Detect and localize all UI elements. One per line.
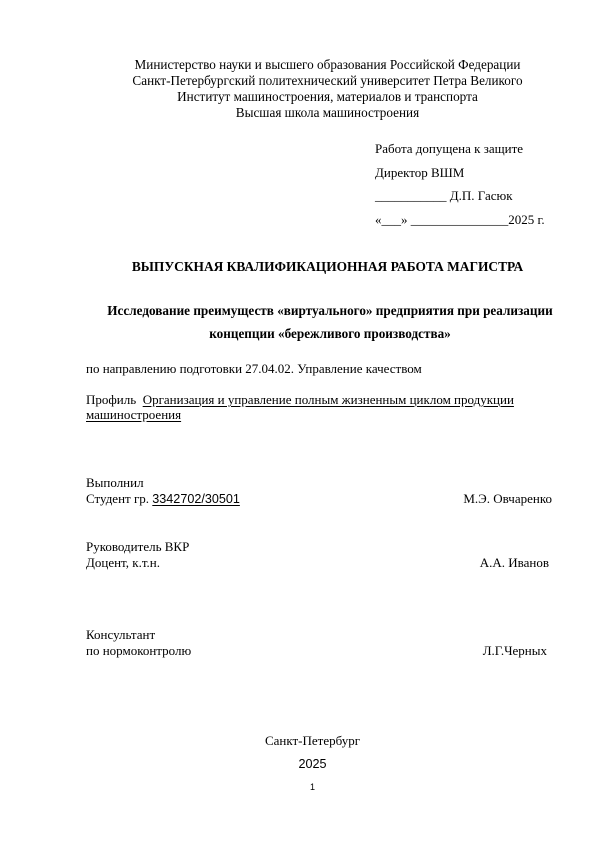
profile-value-line-1: Организация и управление полным жизненны… <box>143 392 514 407</box>
institution-header: Министерство науки и высшего образования… <box>0 57 595 121</box>
institute-line: Институт машиностроения, материалов и тр… <box>0 89 595 105</box>
student-group: 3342702/30501 <box>152 492 240 506</box>
profile-label: Профиль <box>86 392 136 407</box>
city: Санкт-Петербург <box>0 733 595 749</box>
thesis-topic-line-2: концепции «бережливого производства» <box>0 322 595 345</box>
supervisor-label: Руководитель ВКР <box>86 539 552 555</box>
consultant-role: по нормоконтролю <box>86 643 191 659</box>
thesis-topic-line-1: Исследование преимуществ «виртуального» … <box>0 299 595 322</box>
school-line: Высшая школа машиностроения <box>0 105 595 121</box>
study-direction: по направлению подготовки 27.04.02. Упра… <box>86 361 422 377</box>
profile-value-line-2: машиностроения <box>86 407 181 422</box>
university-line: Санкт-Петербургский политехнический унив… <box>0 73 595 89</box>
approval-director-title: Директор ВШМ <box>375 161 545 185</box>
approval-block: Работа допущена к защите Директор ВШМ __… <box>375 137 545 231</box>
supervisor-name: А.А. Иванов <box>480 555 549 571</box>
performer-role: Студент гр. 3342702/30501 <box>86 491 240 507</box>
study-profile: Профиль Организация и управление полным … <box>86 392 566 422</box>
consultant-name: Л.Г.Черных <box>483 643 547 659</box>
year: 2025 <box>0 757 595 771</box>
performer-role-prefix: Студент гр. <box>86 491 149 506</box>
ministry-line: Министерство науки и высшего образования… <box>0 57 595 73</box>
document-type-title: ВЫПУСКНАЯ КВАЛИФИКАЦИОННАЯ РАБОТА МАГИСТ… <box>0 259 595 275</box>
supervisor-block: Руководитель ВКР Доцент, к.т.н. А.А. Ива… <box>86 539 552 571</box>
performer-block: Выполнил Студент гр. 3342702/30501 М.Э. … <box>86 475 552 507</box>
page-number: 1 <box>0 782 595 792</box>
approval-admitted: Работа допущена к защите <box>375 137 545 161</box>
approval-date: «___» _______________2025 г. <box>375 208 545 232</box>
performer-name: М.Э. Овчаренко <box>463 491 552 507</box>
consultant-block: Консультант по нормоконтролю Л.Г.Черных <box>86 627 552 659</box>
supervisor-role: Доцент, к.т.н. <box>86 555 160 571</box>
consultant-label: Консультант <box>86 627 552 643</box>
performer-label: Выполнил <box>86 475 552 491</box>
approval-director-signature: ___________ Д.П. Гасюк <box>375 184 545 208</box>
thesis-topic: Исследование преимуществ «виртуального» … <box>0 299 595 345</box>
